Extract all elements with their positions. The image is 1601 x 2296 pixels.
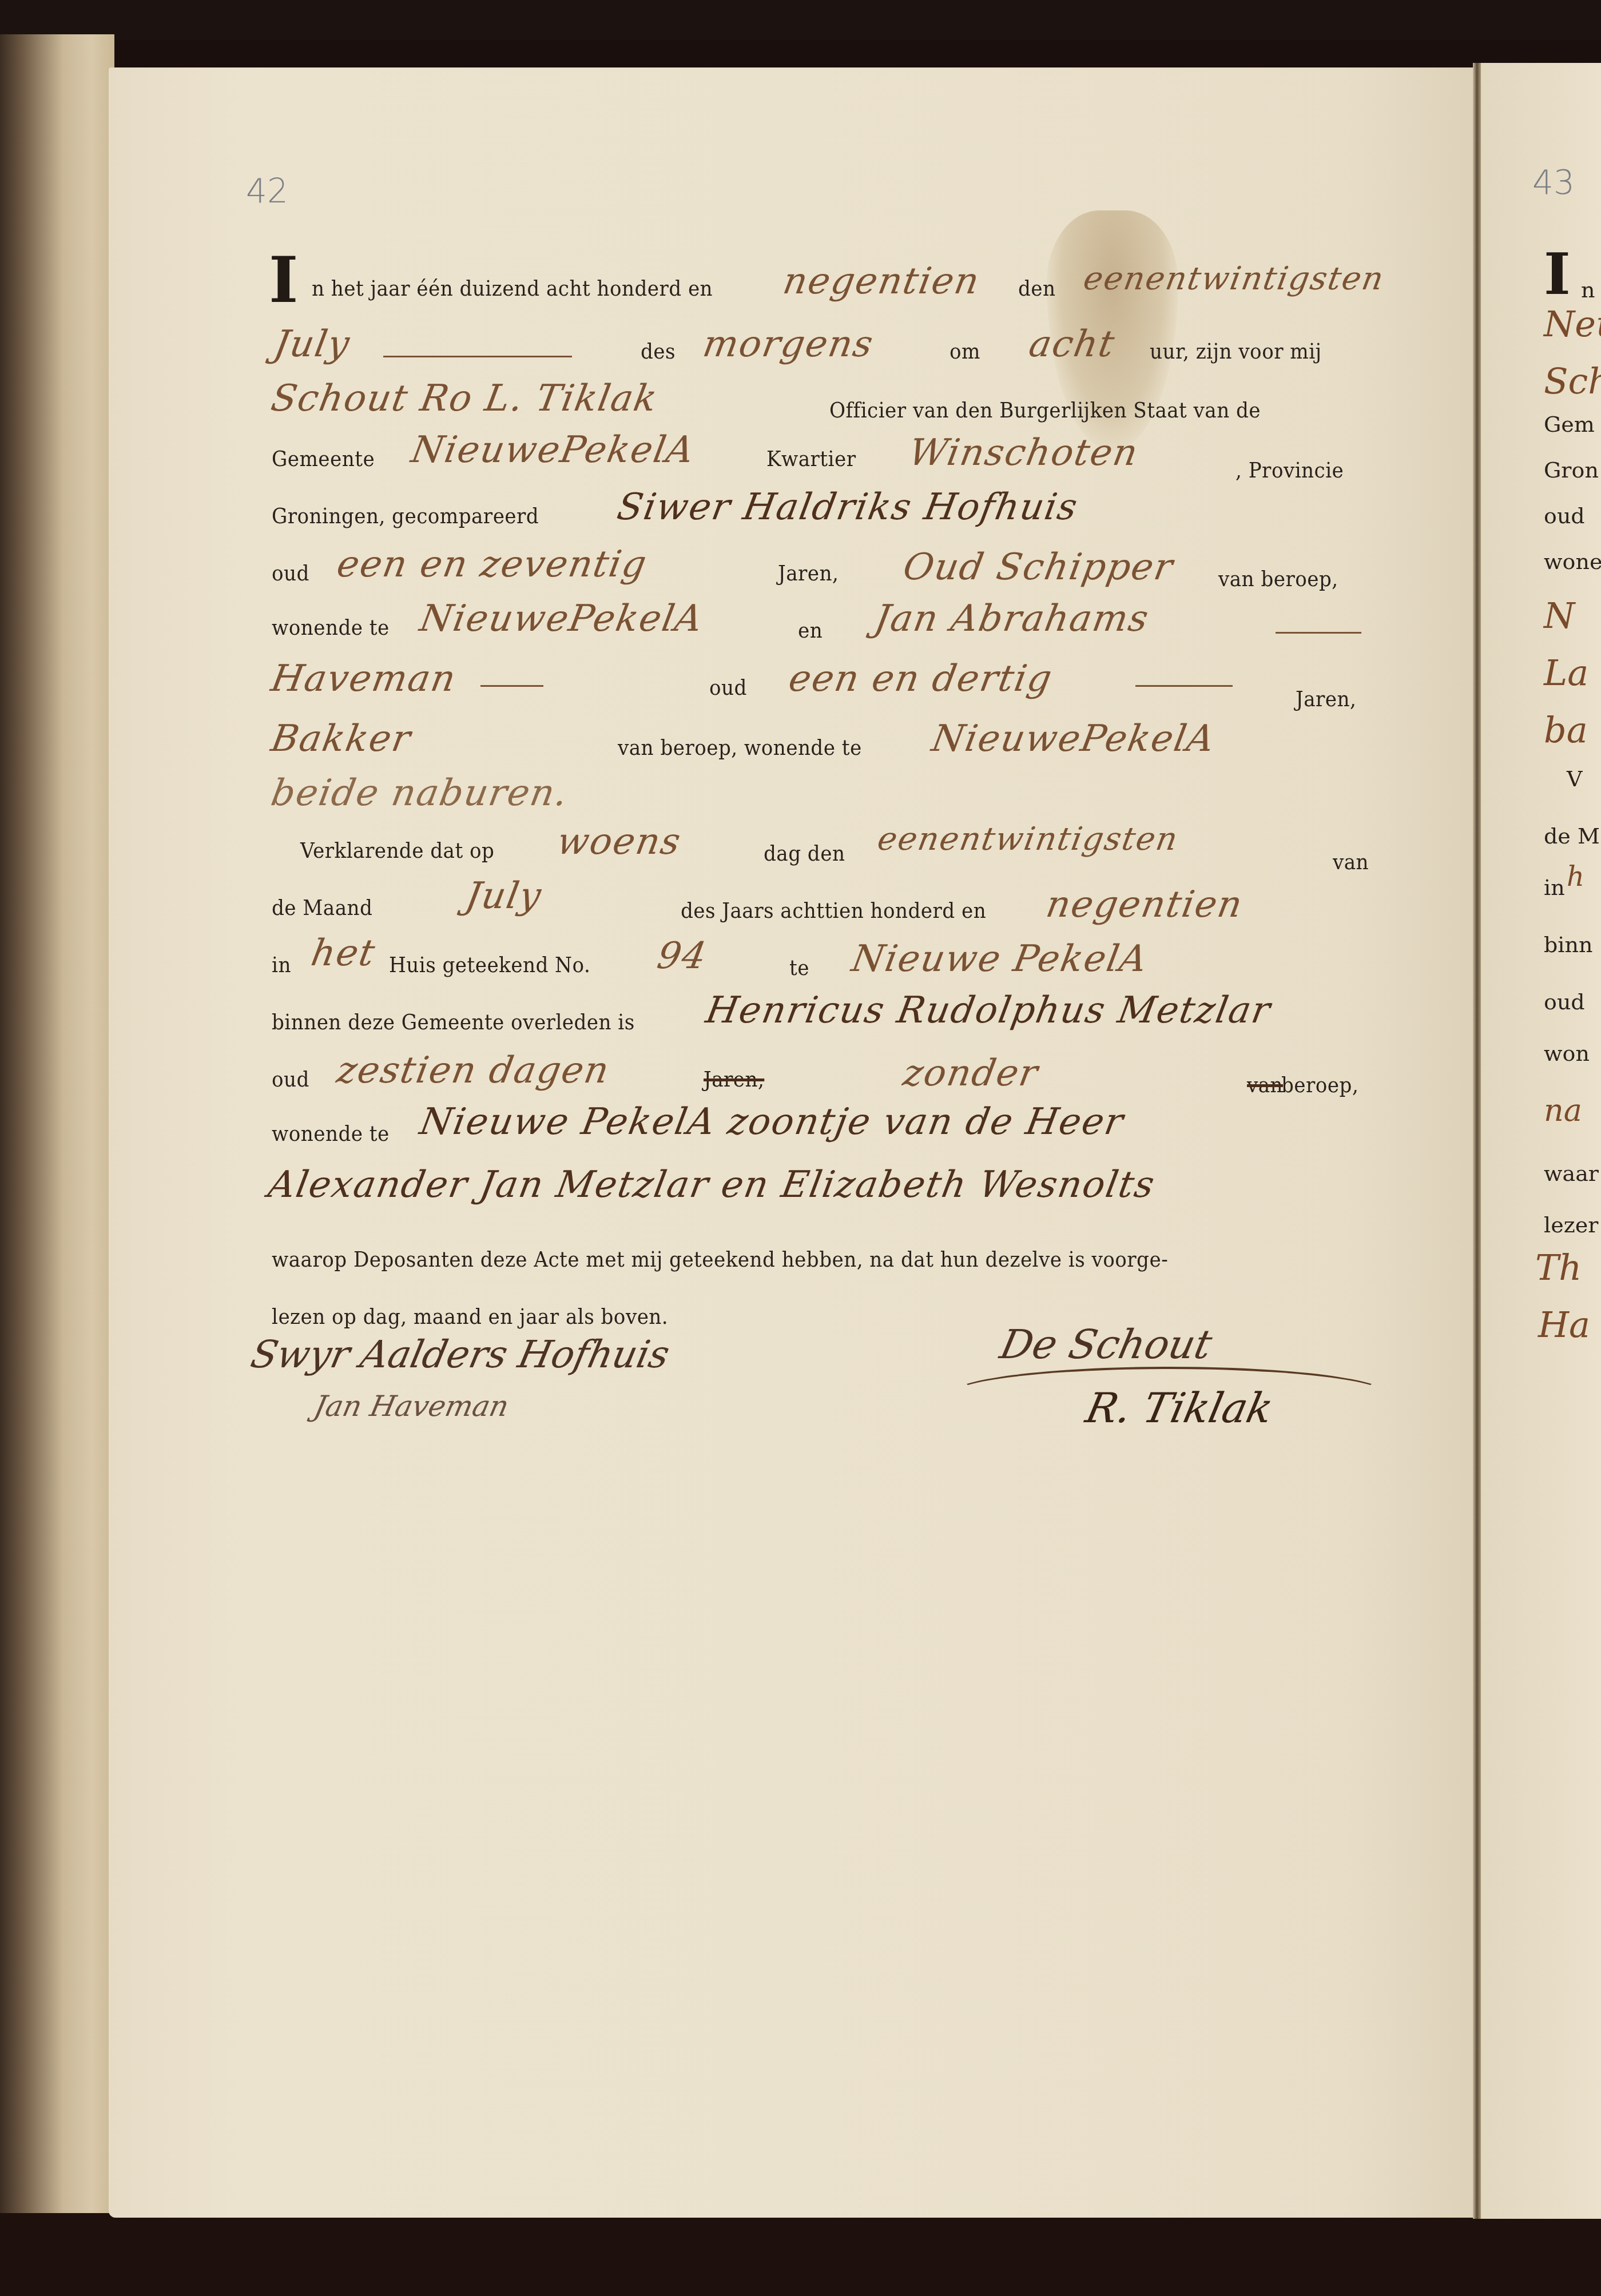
printed-text: oud [709,675,747,700]
printed-text: wonende te [272,615,390,640]
printed-fragment: waar [1544,1161,1599,1186]
printed-text: n het jaar één duizend acht honderd en [312,276,713,301]
printed-text: Jaren, [1296,686,1356,711]
printed-text: Huis geteekend No. [389,952,590,977]
field-house-number: 94 [654,935,710,977]
printed-fragment: oud [1544,989,1585,1014]
field-year: negentien [780,260,983,303]
printed-text: binnen deze Gemeente overleden is [272,1009,635,1034]
field-residence-witness1: NieuwePekelA [416,598,706,640]
drop-cap-initial: I [269,243,298,317]
handwritten-fragment: Sch [1544,360,1601,402]
drop-cap-initial-right: I [1544,240,1571,308]
book-gutter [1473,63,1481,2219]
scan-background-bottom [0,2213,1601,2296]
printed-text: de Maand [272,895,372,920]
field-residence-witness2: NieuwePekelA [928,718,1218,760]
printed-text: waarop Deposanten deze Acte met mij gete… [272,1247,1168,1272]
printed-text: te [789,955,809,980]
printed-text: in [272,952,291,977]
handwritten-fragment: La [1544,652,1588,694]
printed-text-struck: van [1247,1072,1283,1097]
printed-text: , Provincie [1235,457,1344,483]
field-article: het [308,932,379,974]
printed-text: Jaren, [778,560,839,586]
printed-text: beroep, [1281,1072,1358,1097]
field-month: July [271,323,353,365]
field-weekday: woens [554,821,684,863]
fill-dash [1135,685,1233,687]
printed-fragment: n [1581,277,1595,303]
field-death-day: eenentwintigsten [875,821,1181,858]
field-witness1: Siwer Haldriks Hofhuis [614,486,1081,528]
handwritten-fragment: na [1544,1092,1582,1128]
book-page-edges [0,34,114,2230]
field-gemeente: NieuwePekelA [408,429,698,471]
signature-witness1: Swyr Aalders Hofhuis [247,1332,673,1376]
handwritten-fragment: Th [1535,1247,1582,1288]
printed-text: van [1333,849,1369,874]
printed-text: Officier van den Burgerlijken Staat van … [829,397,1261,423]
printed-text: Gemeente [272,446,375,471]
printed-text: oud [272,1067,309,1092]
field-occupation-witness1: Oud Schipper [900,546,1177,588]
field-kwartier: Winschoten [905,432,1142,474]
signature-official-title: De Schout [996,1321,1216,1368]
printed-fragment: wone [1544,549,1601,574]
printed-fragment: V [1567,766,1582,791]
printed-text: des [641,339,676,364]
fill-dash [1276,632,1361,634]
field-residence-deceased: Nieuwe PekelA zoontje van de Heer [416,1101,1127,1143]
printed-fragment: won [1544,1041,1590,1066]
printed-text: lezen op dag, maand en jaar als boven. [272,1304,668,1329]
page-number-left: 42 [246,172,288,210]
right-page-content: 43 I n Neut Sch Gem Gron oud wone N La b… [1481,63,1601,2219]
field-age-deceased: zestien dagen [333,1049,613,1092]
printed-text: wonende te [272,1121,390,1146]
field-hour: acht [1026,323,1118,365]
printed-fragment: in [1544,875,1565,900]
printed-fragment: oud [1544,503,1585,528]
handwritten-fragment: Neut [1544,303,1601,345]
field-note: beide naburen. [268,772,571,814]
field-age-witness1: een en zeventig [333,543,650,586]
field-witness2-surname: Haveman [268,658,459,700]
printed-fragment: Gron [1544,457,1599,483]
printed-text-struck: Jaren, [704,1067,764,1092]
printed-text: uur, zijn voor mij [1150,339,1322,364]
signature-official-name: R. Tiklak [1082,1384,1277,1432]
handwritten-fragment: N [1544,595,1575,636]
field-occupation-deceased: zonder [900,1052,1042,1095]
field-witness2-name: Jan Abrahams [871,598,1152,640]
printed-text: Groningen, gecompareerd [272,503,539,528]
printed-fragment: binn [1544,932,1592,957]
handwritten-fragment: h [1567,861,1584,893]
printed-text: van beroep, [1218,566,1338,591]
printed-text: om [950,339,980,364]
handwritten-fragment: ba [1544,709,1588,751]
printed-text: Kwartier [766,446,856,471]
printed-text: Verklarende dat op [300,838,494,863]
field-death-year: negentien [1043,884,1246,926]
field-age-witness2: een en dertig [785,658,1055,700]
printed-text: en [798,618,823,643]
handwritten-fragment: Ha [1538,1304,1590,1346]
field-death-month: July [462,875,545,917]
field-time-of-day: morgens [700,323,877,365]
printed-text: dag den [764,841,845,866]
field-parents: Alexander Jan Metzlar en Elizabeth Wesno… [265,1164,1158,1206]
printed-fragment: de M [1544,823,1600,849]
printed-fragment: Gem [1544,412,1595,437]
page-number-right: 43 [1532,163,1575,202]
scan-background-top [0,0,1601,40]
printed-text: van beroep, wonende te [618,735,862,760]
fill-dash [480,685,543,687]
printed-text: den [1018,276,1056,301]
fill-dash [383,356,572,357]
printed-text: des Jaars achttien honderd en [681,898,986,923]
field-place-of-death: Nieuwe PekelA [848,938,1151,980]
field-officer: Schout Ro L. Tiklak [268,377,661,420]
field-occupation-witness2: Bakker [268,718,414,760]
field-day: eenentwintigsten [1080,260,1387,297]
printed-fragment: lezer [1544,1212,1598,1237]
signature-witness2: Jan Haveman [311,1390,512,1423]
field-deceased-name: Henricus Rudolphus Metzlar [702,989,1274,1032]
printed-text: oud [272,560,309,586]
